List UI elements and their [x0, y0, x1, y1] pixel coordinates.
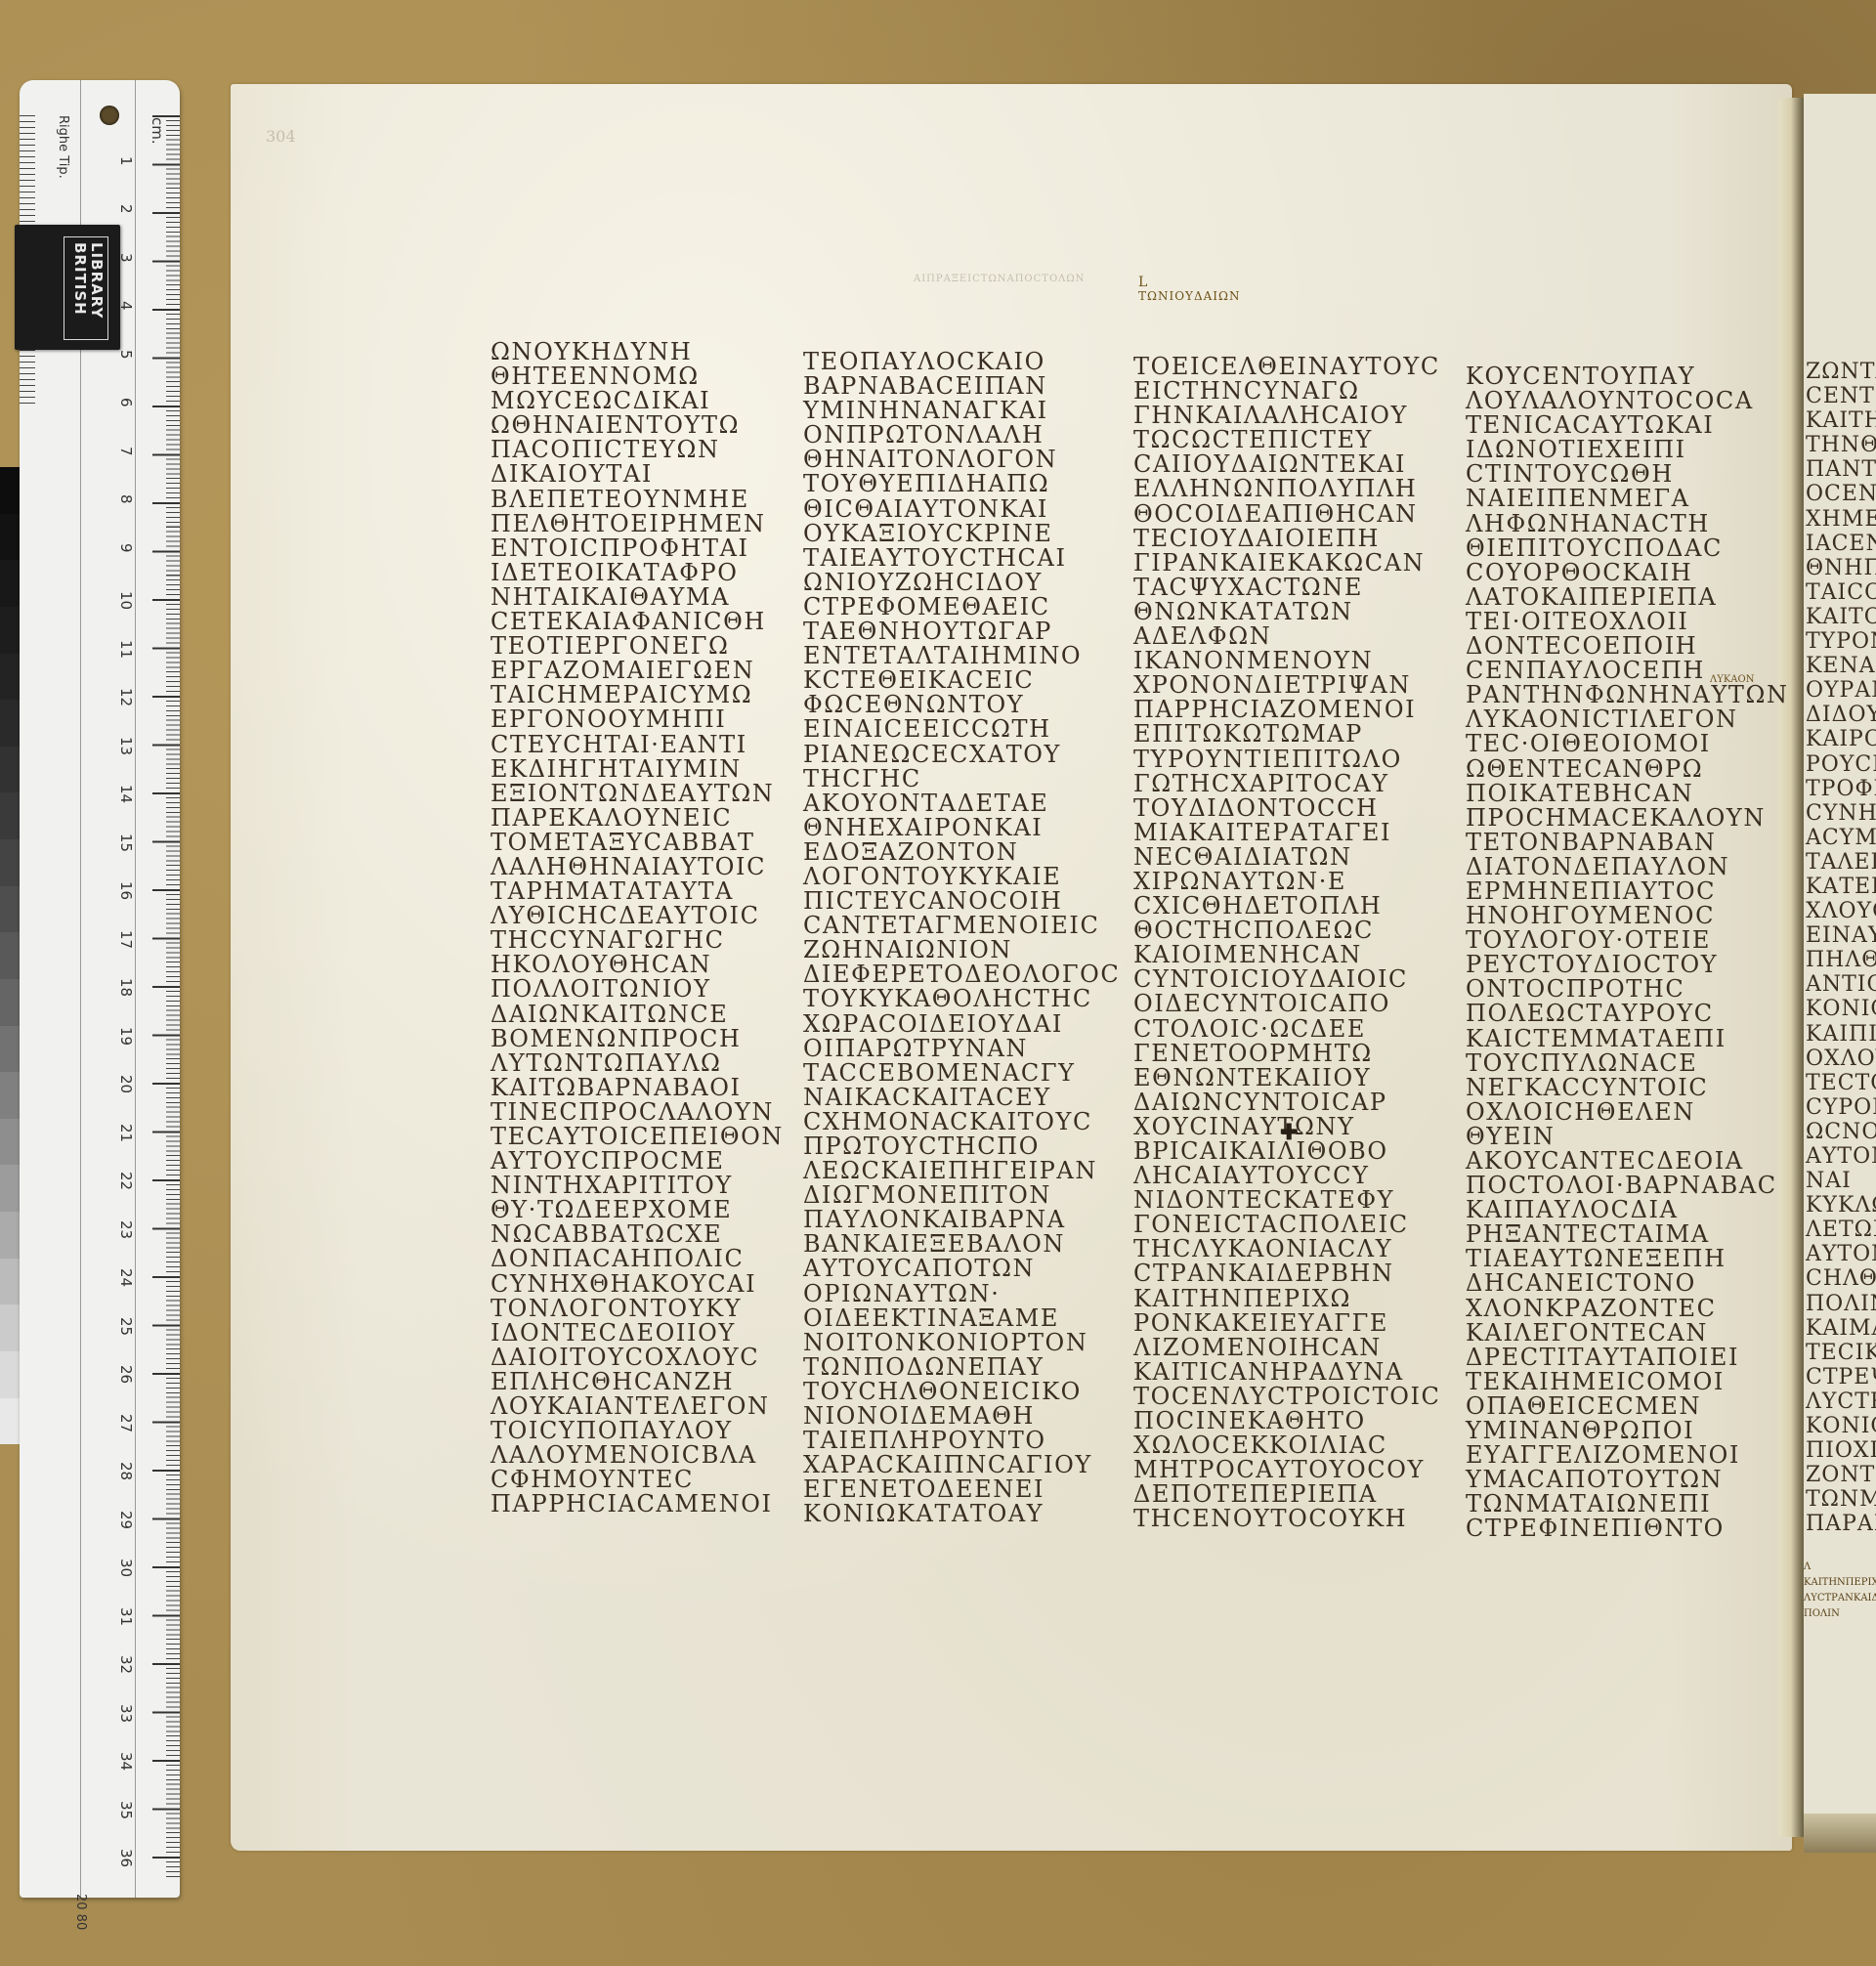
text-line: ΩΘΗΝΑΙΕΝΤΟΥΤΩ: [490, 413, 784, 438]
text-line: ΧΑΡΑCΚΑΙΠΝCΑΓΙΟΥ: [803, 1453, 1120, 1477]
adjacent-text-line: ΑΥΤΟΝΤ: [1806, 1144, 1876, 1169]
text-line: ΓΩΤΗCΧΑΡΙΤΟCΑΥ: [1133, 772, 1441, 796]
text-line: ΧΡΟΝΟΝΔΙΕΤΡΙΨΑΝ: [1133, 673, 1441, 698]
text-line: ΚΑΙΠΑΥΛΟCΔΙΑ: [1466, 1198, 1789, 1222]
text-line: ΩΘΕΝΤΕCΑΝΘΡΩ: [1466, 757, 1789, 782]
text-column-4: ΚΟΥCΕΝΤΟΥΠΑΥΛΟΥΛΑΛΟΥΝΤΟCΟCΑΤΕΝΙCΑCΑΥΤΩΚΑ…: [1466, 364, 1789, 1542]
text-line: CΑΝΤΕΤΑΓΜΕΝΟΙΕΙC: [803, 914, 1120, 938]
text-line: ΤΟΝΛΟΓΟΝΤΟΥΚΥ: [490, 1297, 784, 1321]
text-line: ΓΗΝΚΑΙΛΑΛΗCΑΙΟΥ: [1133, 404, 1441, 428]
text-line: ΤΕCΙΟΥΔΑΙΟΙΕΠΗ: [1133, 527, 1441, 551]
text-line: ΗΚΟΛΟΥΘΗCΑΝ: [490, 953, 784, 977]
text-line: ΤΟΥΔΙΔΟΝΤΟCCΗ: [1133, 796, 1441, 821]
text-line: ΤΟΜΕΤΑΞΥCΑΒΒΑΤ: [490, 831, 784, 855]
text-line: ΕΡΜΗΝΕΠΙΑΥΤΟC: [1466, 879, 1789, 904]
text-line: ΛΑΛΟΥΜΕΝΟΙCΒΛΑ: [490, 1443, 784, 1468]
text-line: ΤΟΥCΗΛΘΟΝΕΙCΙΚΟ: [803, 1380, 1120, 1404]
text-line: ΤΕΟΠΑΥΛΟCΚΑΙΟ: [803, 350, 1120, 374]
cm-mark-label: 10: [117, 591, 135, 610]
text-line: ΤΟΕΙCΕΛΘΕΙΝΑΥΤΟΥC: [1133, 355, 1441, 379]
text-line: ΟΡΙΩΝΑΥΤΩΝ·: [803, 1282, 1120, 1306]
text-line: ΤΕΟΤΙΕΡΓΟΝΕΓΩ: [490, 634, 784, 659]
text-line: ΟΝΤΟCΠΡΟΤΗC: [1466, 977, 1789, 1002]
text-line: ΥΜΙΝΗΝΑΝΑΓΚΑΙ: [803, 399, 1120, 423]
text-line: ΠΟΙΚΑΤΕΒΗCΑΝ: [1466, 782, 1789, 806]
text-line: ΤΙΝΕCΠΡΟCΛΑΛΟΥΝ: [490, 1100, 784, 1125]
adjacent-text-line: ΤΑΛΕΓΟ: [1806, 850, 1876, 875]
adjacent-text-line: ΟΧΛΟΥ: [1806, 1047, 1876, 1071]
cm-mark-label: 13: [117, 737, 135, 755]
text-line: ΕΝΤΟΙCΠΡΟΦΗΤΑΙ: [490, 536, 784, 561]
text-line: ΗΝΟΗΓΟΥΜΕΝΟC: [1466, 904, 1789, 928]
text-line: ΤΑΕΘΝΗΟΥΤΩΓΑΡ: [803, 620, 1120, 644]
text-line: ΛΗCΑΙΑΥΤΟΥCCΥ: [1133, 1164, 1441, 1188]
text-line: ΟΠΑΘΕΙCΕCΜΕΝ: [1466, 1394, 1789, 1419]
cm-mark-label: 6: [117, 398, 135, 407]
adjacent-text-line: ΤΑΙCΟΧ: [1806, 580, 1876, 605]
adjacent-text-line: ΚΑΙΠΙC: [1806, 1022, 1876, 1047]
text-line: ΜΩΥCΕΩCΔΙΚΑΙ: [490, 389, 784, 413]
margin-note-line: ΚΑΙΤΗΝΠΕΡΙΧΩΡΟΝ: [1804, 1575, 1876, 1591]
text-line: ΕΡΓΟΝΟΟΥΜΗΠΙ: [490, 707, 784, 732]
text-line: ΘΗΝΑΙΤΟΝΛΟΓΟΝ: [803, 448, 1120, 472]
text-line: ΠΟCΤΟΛΟΙ·ΒΑΡΝΑΒΑC: [1466, 1174, 1789, 1198]
text-line: ΑΥΤΟΥCΑΠΟΤΩΝ: [803, 1257, 1120, 1281]
text-line: CΦΗΜΟΥΝΤΕC: [490, 1468, 784, 1492]
text-line: ΠΕΛΘΗΤΟΕΙΡΗΜΕΝ: [490, 512, 784, 536]
adjacent-text-line: ΚΑΤΕΠ: [1806, 875, 1876, 899]
text-line: ΚΑΙΤΩΒΑΡΝΑΒΑΟΙ: [490, 1076, 784, 1100]
text-line: ΠΑΡΕΚΑΛΟΥΝΕΙC: [490, 806, 784, 831]
cm-mark-label: 25: [117, 1317, 135, 1336]
text-line: ΛΙΖΟΜΕΝΟΙΗCΑΝ: [1133, 1336, 1441, 1360]
text-line: ΝΟΙΤΟΝΚΟΝΙΟΡΤΟΝ: [803, 1331, 1120, 1355]
text-column-1: ΩΝΟΥΚΗΔΥΝΗΘΗΤΕΕΝΝΟΜΩΜΩΥCΕΩCΔΙΚΑΙΩΘΗΝΑΙΕΝ…: [490, 340, 784, 1517]
text-line: ΤΥΡΟΥΝΤΙΕΠΙΤΩΛΟ: [1133, 748, 1441, 772]
text-line: ΤΙΑΕΑΥΤΩΝΕΞΕΠΗ: [1466, 1247, 1789, 1271]
cm-unit-label: cm.: [149, 117, 166, 145]
text-line: CΤΡΕΦΟΜΕΘΑΕΙC: [803, 595, 1120, 620]
text-line: CΤΡΑΝΚΑΙΔΕΡΒΗΝ: [1133, 1261, 1441, 1286]
adjacent-text-line: CΗΛΘΕ: [1806, 1266, 1876, 1291]
text-line: ΜΗΤΡΟCΑΥΤΟΥΟCΟΥ: [1133, 1458, 1441, 1482]
text-line: ΘΥ·ΤΩΔΕΕΡΧΟΜΕ: [490, 1198, 784, 1222]
text-line: ΧΛΟΝΚΡΑΖΟΝΤΕC: [1466, 1297, 1789, 1321]
adjacent-text-line: ΑCΥΜΩ: [1806, 826, 1876, 850]
cm-mark-label: 11: [117, 640, 135, 659]
text-line: ΟΝΠΡΩΤΟΝΛΑΛΗ: [803, 423, 1120, 448]
adjacent-text-line: ΠΑΡΑΚΑ: [1806, 1512, 1876, 1536]
adjacent-text-line: ΕΙΝΑΥΤ: [1806, 923, 1876, 948]
text-line: ΠΙCΤΕΥCΑΝΟCΟΙΗ: [803, 889, 1120, 914]
text-line: ΕΔΟΞΑΖΟΝΤΟΝ: [803, 840, 1120, 865]
cm-mark-label: 9: [117, 543, 135, 553]
adjacent-text-line: ΝΑΙ: [1806, 1169, 1876, 1193]
text-line: ΕΠΛΗCΘΗCΑΝΖΗ: [490, 1370, 784, 1394]
text-line: CΧΙCΘΗΔΕΤΟΠΛΗ: [1133, 894, 1441, 919]
text-line: ΝΙΟΝΟΙΔΕΜΑΘΗ: [803, 1404, 1120, 1429]
text-line: ΧΩΛΟCΕΚΚΟΙΛΙΑC: [1133, 1433, 1441, 1458]
text-line: ΩΝΟΥΚΗΔΥΝΗ: [490, 340, 784, 364]
text-line: ΤΕC·ΟΙΘΕΟΙΟΜΟΙ: [1466, 732, 1789, 756]
text-line: ΤΑΡΗΜΑΤΑΤΑΥΤΑ: [490, 879, 784, 904]
text-line: ΕΡΓΑΖΟΜΑΙΕΓΩΕΝ: [490, 659, 784, 683]
text-line: CΤΟΛΟΙC·ΩCΔΕΕ: [1133, 1017, 1441, 1042]
cm-mark-label: 24: [117, 1268, 135, 1287]
adjacent-text-line: CΥΡΟΝΤ: [1806, 1095, 1876, 1120]
text-line: ΖΩΗΝΑΙΩΝΙΟΝ: [803, 938, 1120, 962]
quire-mark: L: [1138, 276, 1240, 289]
text-line: ΒΟΜΕΝΩΝΠΡΟCΗ: [490, 1027, 784, 1051]
cm-mark-label: 16: [117, 881, 135, 900]
text-line: ΕΛΛΗΝΩΝΠΟΛΥΠΛΗ: [1133, 477, 1441, 501]
text-line: ΔΙΩΓΜΟΝΕΠΙΤΟΝ: [803, 1183, 1120, 1208]
folio-number: 304: [266, 127, 296, 146]
cm-mark-label: 20: [117, 1075, 135, 1093]
text-line: CΟΥΟΡΘΟCΚΑΙΗ: [1466, 561, 1789, 585]
text-line: ΠΑΥΛΟΝΚΑΙΒΑΡΝΑ: [803, 1208, 1120, 1232]
text-line: ΟΧΛΟΙCΗΘΕΛΕΝ: [1466, 1100, 1789, 1125]
text-line: ΤΩΝΠΟΔΩΝΕΠΑΥ: [803, 1355, 1120, 1380]
text-line: ΔΑΙΩΝΚΑΙΤΩΝCΕ: [490, 1003, 784, 1027]
cm-mark-label: 8: [117, 494, 135, 504]
text-line: ΔΡΕCΤΙΤΑΥΤΑΠΟΙΕΙ: [1466, 1346, 1789, 1370]
adjacent-text-line: ΚΟΝΙΟ: [1806, 997, 1876, 1021]
text-line: ΤΩCΩCΤΕΠΙCΤΕΥ: [1133, 428, 1441, 452]
text-line: ΛΕΩCΚΑΙΕΠΗΓΕΙΡΑΝ: [803, 1159, 1120, 1183]
adjacent-text-line: ΤΥΡΟΝ: [1806, 629, 1876, 654]
text-line: ΒΑΝΚΑΙΕΞΕΒΑΛΟΝ: [803, 1232, 1120, 1257]
cm-mark-label: 14: [117, 785, 135, 803]
adjacent-text-line: ΟCΕΝΤ: [1806, 482, 1876, 506]
text-line: ΓΙΡΑΝΚΑΙΕΚΑΚΩCΑΝ: [1133, 551, 1441, 576]
cm-mark-label: 7: [117, 447, 135, 456]
cm-mark-label: 35: [117, 1801, 135, 1819]
text-line: ΤΕCΑΥΤΟΙCΕΠΕΙΘΟΝ: [490, 1125, 784, 1149]
text-line: ΟΙΔΕCΥΝΤΟΙCΑΠΟ: [1133, 992, 1441, 1016]
cm-mark-label: 29: [117, 1511, 135, 1529]
adjacent-text-line: ΠΙΟΧΙΑ: [1806, 1438, 1876, 1463]
text-line: ΩΝΙΟΥΖΩΗCΙΔΟΥ: [803, 571, 1120, 595]
text-line: ΝΑΙΚΑCΚΑΙΤΑCΕΥ: [803, 1086, 1120, 1110]
text-line: ΤΕΤΟΝΒΑΡΝΑΒΑΝ: [1466, 831, 1789, 855]
adjacent-text-line: ΤΕCΤΟΝ: [1806, 1071, 1876, 1095]
text-line: ΤΟΥΛΟΓΟΥ·ΟΤΕΙΕ: [1466, 928, 1789, 953]
text-line: ΤΩΝΜΑΤΑΙΩΝΕΠΙ: [1466, 1492, 1789, 1517]
text-line: ΙΔΩΝΟΤΙΕΧΕΙΠΙ: [1466, 438, 1789, 462]
text-line: ΚΑΙCΤΕΜΜΑΤΑΕΠΙ: [1466, 1027, 1789, 1051]
cm-mark-label: 15: [117, 833, 135, 852]
text-line: ΚΟΥCΕΝΤΟΥΠΑΥ: [1466, 364, 1789, 389]
cm-mark-label: 31: [117, 1607, 135, 1626]
adjacent-text-line: ΚΑΙΤΟ: [1806, 605, 1876, 629]
text-line: ΕΙΝΑΙCΕΕΙCCΩΤΗ: [803, 717, 1120, 742]
text-line: ΤΗCΕΝΟΥΤΟCΟΥΚΗ: [1133, 1507, 1441, 1531]
text-line: ΒΛΕΠΕΤΕΟΥΝΜΗΕ: [490, 488, 784, 512]
binding-edge: [1804, 1814, 1876, 1853]
adjacent-text-line: ΚΑΙΡΟΥ: [1806, 727, 1876, 751]
text-column-3: ΤΟΕΙCΕΛΘΕΙΝΑΥΤΟΥCΕΙCΤΗΝCΥΝΑΓΩΓΗΝΚΑΙΛΑΛΗC…: [1133, 355, 1441, 1532]
text-line: ΔΟΝΤΕCΟΕΠΟΙΗ: [1466, 634, 1789, 659]
text-line: ΚΟΝΙΩΚΑΤΑΤΟΑΥ: [803, 1502, 1120, 1526]
cm-mark-label: 21: [117, 1124, 135, 1142]
text-line: CΕΤΕΚΑΙΑΦΑΝΙCΘΗ: [490, 610, 784, 634]
adjacent-text-line: ΤΗΝΘΑ: [1806, 433, 1876, 457]
british-library-badge: LIBRARY BRITISH: [15, 225, 120, 350]
cm-mark-label: 12: [117, 688, 135, 706]
cm-mark-label: 22: [117, 1172, 135, 1190]
text-line: ΥΜΙΝΑΝΘΡΩΠΟΙ: [1466, 1419, 1789, 1443]
text-line: ΠΟΛΕΩCΤΑΥΡΟΥC: [1466, 1002, 1789, 1026]
text-line: ΤΑΙΕΠΛΗΡΟΥΝΤΟ: [803, 1429, 1120, 1453]
cm-mark-label: 33: [117, 1704, 135, 1723]
text-line: ΠΟΛΛΟΙΤΩΝΙΟΥ: [490, 977, 784, 1002]
adjacent-text-line: ΠΗΛΘΟ: [1806, 948, 1876, 972]
text-line: ΘΙΕΠΙΤΟΥCΠΟΔΑC: [1466, 536, 1789, 561]
adjacent-text-line: ΡΟΥCΕΝ: [1806, 752, 1876, 777]
text-line: ΝΑΙΕΙΠΕΝΜΕΓΑ: [1466, 487, 1789, 511]
cm-mark-label: 2: [117, 204, 135, 214]
text-line: ΧΩΡΑCΟΙΔΕΙΟΥΔΑΙ: [803, 1012, 1120, 1037]
text-line: ΚΑΙΤΗΝΠΕΡΙΧΩ: [1133, 1287, 1441, 1311]
cm-mark-label: 34: [117, 1752, 135, 1771]
adjacent-text-line: ΩCΝΟΙ: [1806, 1120, 1876, 1144]
text-line: ΤΗCCΥΝΑΓΩΓΗC: [490, 928, 784, 953]
text-line: ΤΟΥCΠΥΛΩΝΑCΕ: [1466, 1051, 1789, 1076]
measurement-ruler: cm. Righe Tip. 20 80 1234567891011121314…: [20, 80, 180, 1898]
text-line: ΤΑΙCΗΜΕΡΑΙCΥΜΩ: [490, 683, 784, 707]
cm-mark-label: 17: [117, 930, 135, 949]
ruler-divider: [80, 80, 81, 1898]
margin-note-line: ΠΟΛΙΝ: [1804, 1606, 1876, 1622]
text-line: ΔΕΠΟΤΕΠΕΡΙΕΠΑ: [1133, 1482, 1441, 1507]
cm-mark-label: 19: [117, 1027, 135, 1046]
badge-line-library: LIBRARY: [88, 242, 105, 340]
text-line: CΧΗΜΟΝΑCΚΑΙΤΟΥC: [803, 1110, 1120, 1134]
running-title-text: ΤΩΝΙΟΥΔΑΙΩΝ: [1138, 289, 1240, 303]
cross-mark-icon: ✚: [1280, 1120, 1298, 1145]
text-line: ΘΟCΤΗCΠΟΛΕΩC: [1133, 919, 1441, 943]
text-line: ΤΕΚΑΙΗΜΕΙCΟΜΟΙ: [1466, 1370, 1789, 1394]
text-line: ΠΑΡΡΗCΙΑCΑΜΕΝΟΙ: [490, 1492, 784, 1517]
text-line: ΚCΤΕΘΕΙΚΑCΕΙC: [803, 668, 1120, 693]
text-line: ΤΟΙCΥΠΟΠΑΥΛΟΥ: [490, 1419, 784, 1443]
text-line: ΝΙΝΤΗΧΑΡΙΤΙΤΟΥ: [490, 1174, 784, 1198]
text-line: ΘΟCΟΙΔΕΑΠΙΘΗCΑΝ: [1133, 502, 1441, 527]
adjacent-text-line: ΚΕΝΑΙ: [1806, 654, 1876, 678]
adjacent-text-line: ΚΟΝΙΟ: [1806, 1414, 1876, 1438]
text-line: ΔΙΑΤΟΝΔΕΠΑΥΛΟΝ: [1466, 855, 1789, 879]
cm-mark-label: 30: [117, 1559, 135, 1577]
adjacent-text-line: ΤΩΝΜΑ: [1806, 1487, 1876, 1512]
text-line: ΛΟΥΛΑΛΟΥΝΤΟCΟCΑ: [1466, 389, 1789, 413]
text-line: ΝΕCΘΑΙΔΙΑΤΩΝ: [1133, 845, 1441, 870]
adjacent-text-line: ΔΙΔΟΥ: [1806, 703, 1876, 727]
text-line: ΝΙΔΟΝΤΕCΚΑΤΕΦΥ: [1133, 1188, 1441, 1213]
cm-mark-label: 1: [117, 156, 135, 166]
text-line: ΛΗΦΩΝΗΑΝΑCΤΗ: [1466, 512, 1789, 536]
cm-mark-label: 36: [117, 1849, 135, 1867]
text-line: ΘΙCΘΑΙΑΥΤΟΝΚΑΙ: [803, 497, 1120, 522]
adjacent-text-line: ΛΕΤΩΝ: [1806, 1218, 1876, 1242]
text-line: ΚΑΙΟΙΜΕΝΗCΑΝ: [1133, 943, 1441, 967]
text-line: ΘΗΤΕΕΝΝΟΜΩ: [490, 364, 784, 389]
inline-margin-note: ΛΥΚΑΟΝ: [1710, 674, 1754, 685]
adjacent-text-line: ΚΑΙΜΑΘ: [1806, 1316, 1876, 1341]
text-line: ΟΙΔΕΕΚΤΙΝΑΞΑΜΕ: [803, 1306, 1120, 1331]
text-line: ΔΙΕΦΕΡΕΤΟΔΕΟΛΟΓΟC: [803, 962, 1120, 987]
adjacent-text-line: ΤΡΟΦΗ: [1806, 777, 1876, 801]
text-line: CΥΝΗΧΘΗΑΚΟΥCΑΙ: [490, 1272, 784, 1297]
text-line: ΡΗΞΑΝΤΕCΤΑΙΜΑ: [1466, 1222, 1789, 1247]
text-line: ΘΝΗΕΧΑΙΡΟΝΚΑΙ: [803, 816, 1120, 840]
adjacent-text-line: ΙΑCΕΝΙ: [1806, 532, 1876, 556]
running-title: L ΤΩΝΙΟΥΔΑΙΩΝ: [1138, 276, 1240, 303]
text-line: ΚΑΙΤΙCΑΝΗΡΑΔΥΝΑ: [1133, 1360, 1441, 1385]
text-line: ΟΙΠΑΡΩΤΡΥΝΑΝ: [803, 1037, 1120, 1061]
text-line: ΠΡΟCΗΜΑCΕΚΑΛΟΥΝ: [1466, 806, 1789, 831]
text-line: ΤΕΝΙCΑCΑΥΤΩΚΑΙ: [1466, 413, 1789, 438]
adjacent-text-line: ΑΥΤΟΝΑ: [1806, 1242, 1876, 1266]
text-line: ΤΑCΨΥΧΑCΤΩΝΕ: [1133, 576, 1441, 600]
margin-note-line: Λ: [1804, 1560, 1876, 1575]
text-line: ΜΙΑΚΑΙΤΕΡΑΤΑΓΕΙ: [1133, 821, 1441, 845]
bottom-margin-note: ΛΚΑΙΤΗΝΠΕΡΙΧΩΡΟΝΛΥCΤΡΑΝΚΑΙΔΕΡΒΗΝΠΟΛΙΝ: [1804, 1560, 1876, 1622]
text-line: ΙΔΕΤΕΟΙΚΑΤΑΦΡΟ: [490, 561, 784, 585]
text-line: ΝΗΤΑΙΚΑΙΘΑΥΜΑ: [490, 585, 784, 610]
text-line: ΘΥΕΙΝ: [1466, 1125, 1789, 1149]
cm-mark-label: 32: [117, 1655, 135, 1674]
text-line: ΛΑΤΟΚΑΙΠΕΡΙΕΠΑ: [1466, 585, 1789, 610]
text-line: ΡΑΝΤΗΝΦΩΝΗΝΑΥΤΩΝ: [1466, 683, 1789, 707]
badge-line-british: BRITISH: [71, 242, 88, 340]
adjacent-text-line: CΥΝΗC: [1806, 801, 1876, 826]
text-line: ΕΠΙΤΩΚΩΤΩΜΑΡ: [1133, 722, 1441, 747]
text-line: ΑΚΟΥΟΝΤΑΔΕΤΑΕ: [803, 791, 1120, 816]
text-line: ΔΟΝΠΑCΑΗΠΟΛΙC: [490, 1247, 784, 1271]
text-line: ΤΟCΕΝΛΥCΤΡΟΙCΤΟΙC: [1133, 1385, 1441, 1409]
cm-mark-label: 26: [117, 1365, 135, 1384]
text-line: ΤΕΙ·ΟΙΤΕΟΧΛΟΙΙ: [1466, 610, 1789, 634]
text-line: ΑΚΟΥCΑΝΤΕCΔΕΟΙΑ: [1466, 1149, 1789, 1174]
adjacent-text-line: ΑΝΤΙΟ: [1806, 972, 1876, 997]
cm-major-ticks: [137, 115, 180, 1878]
text-line: ΡΙΑΝΕΩCΕCΧΑΤΟΥ: [803, 743, 1120, 767]
adjacent-text-line: CΤΡΕΨΑ: [1806, 1365, 1876, 1389]
cm-mark-label: 28: [117, 1462, 135, 1480]
adjacent-text-line: ΧΗΜΕΝ: [1806, 507, 1876, 532]
cm-mark-label: 27: [117, 1414, 135, 1432]
text-line: ΤΑCCΕΒΟΜΕΝΑCΓΥ: [803, 1061, 1120, 1086]
adjacent-text-line: ΚΥΚΛΩ: [1806, 1193, 1876, 1218]
text-line: ΙΔΟΝΤΕCΔΕΟΙΙΟΥ: [490, 1321, 784, 1346]
adjacent-text-line: ΛΥCΤΡΑ: [1806, 1389, 1876, 1414]
text-line: ΛΟΥΚΑΙΑΝΤΕΛΕΓΟΝ: [490, 1394, 784, 1419]
cm-mark-label: 18: [117, 978, 135, 997]
text-line: ΟΥΚΑΞΙΟΥCΚΡΙΝΕ: [803, 522, 1120, 546]
text-line: ΛΥΤΩΝΤΩΠΑΥΛΩ: [490, 1051, 784, 1076]
text-line: CΤΙΝΤΟΥCΩΘΗ: [1466, 462, 1789, 487]
text-line: ΛΥΘΙCΗCΔΕΑΥΤΟΙC: [490, 904, 784, 928]
text-line: ΛΟΓΟΝΤΟΥΚΥΚΑΙΕ: [803, 865, 1120, 889]
adjacent-text-line: ΖΩΝΤΑ: [1806, 360, 1876, 384]
text-line: ΡΕΥCΤΟΥΔΙΟCΤΟΥ: [1466, 953, 1789, 977]
text-line: ΠΑΡΡΗCΙΑΖΟΜΕΝΟΙ: [1133, 698, 1441, 722]
text-line: ΕΚΔΙΗΓΗΤΑΙΥΜΙΝ: [490, 757, 784, 782]
text-line: CΤΕΥCΗΤΑΙ·ΕΑΝΤΙ: [490, 733, 784, 757]
badge-text: LIBRARY BRITISH: [71, 242, 105, 340]
adjacent-text-line: ΤΕCΙΚΑ: [1806, 1341, 1876, 1365]
text-line: ΠΟCΙΝΕΚΑΘΗΤΟ: [1133, 1409, 1441, 1433]
text-line: ΦΩCΕΘΝΩΝΤΟΥ: [803, 693, 1120, 717]
text-line: ΔΑΙΩΝCΥΝΤΟΙCΑΡ: [1133, 1090, 1441, 1115]
ruler-hanging-hole: [100, 106, 119, 125]
text-line: ΝΩCΑΒΒΑΤΩCΧΕ: [490, 1222, 784, 1247]
text-line: ΕΝΤΕΤΑΛΤΑΙΗΜΙΝΟ: [803, 644, 1120, 668]
text-line: CΥΝΤΟΙCΙΟΥΔΑΙΟΙC: [1133, 967, 1441, 992]
text-line: ΙΚΑΝΟΝΜΕΝΟΥΝ: [1133, 649, 1441, 673]
text-line: CΤΡΕΦΙΝΕΠΙΘΝΤΟ: [1466, 1517, 1789, 1541]
adjacent-text-line: ΟΥΡΑΝ: [1806, 678, 1876, 703]
text-line: ΤΗCΛΥΚΑΟΝΙΑCΛΥ: [1133, 1237, 1441, 1261]
text-line: ΚΑΙΛΕΓΟΝΤΕCΑΝ: [1466, 1321, 1789, 1346]
adjacent-text-line: ΚΑΙΤΗ: [1806, 408, 1876, 433]
ruler-bottom-marks: 20 80: [73, 1894, 88, 1930]
adjacent-text-line: ΘΝΗΠ: [1806, 556, 1876, 580]
text-line: ΡΟΝΚΑΚΕΙΕΥΑΓΓΕ: [1133, 1311, 1441, 1336]
adjacent-text-line: ΠΑΝΤΑ: [1806, 457, 1876, 482]
text-line: ΤΟΥΘΥΕΠΙΔΗΑΠΩ: [803, 472, 1120, 496]
text-line: ΛΑΛΗΘΗΝΑΙΑΥΤΟΙC: [490, 855, 784, 879]
text-line: ΤΑΙΕΑΥΤΟΥCΤΗCΑΙ: [803, 546, 1120, 571]
text-line: ΔΙΚΑΙΟΥΤΑΙ: [490, 462, 784, 487]
text-line: ΕΥΑΓΓΕΛΙΖΟΜΕΝΟΙ: [1466, 1443, 1789, 1468]
text-line: ΔΑΙΟΙΤΟΥCΟΧΛΟΥC: [490, 1346, 784, 1370]
text-line: ΕΘΝΩΝΤΕΚΑΙΙΟΥ: [1133, 1066, 1441, 1090]
ruler-divider: [135, 80, 136, 1898]
adjacent-text-line: ΖΟΝΤΕC: [1806, 1463, 1876, 1487]
text-line: ΝΕΓΚΑCCΥΝΤΟΙC: [1466, 1076, 1789, 1100]
text-line: CΑΙΙΟΥΔΑΙΩΝΤΕΚΑΙ: [1133, 452, 1441, 477]
text-line: ΠΡΩΤΟΥCΤΗCΠΟ: [803, 1134, 1120, 1159]
text-line: ΤΟΥΚΥΚΑΘΟΛΗCΤΗC: [803, 987, 1120, 1011]
adjacent-text-line: CΕΝΤΟ: [1806, 384, 1876, 408]
adjacent-text-line: ΧΛΟΥC: [1806, 899, 1876, 923]
text-line: ΒΑΡΝΑΒΑCΕΙΠΑΝ: [803, 374, 1120, 399]
text-line: ΥΜΑCΑΠΟΤΟΥΤΩΝ: [1466, 1468, 1789, 1492]
cm-mark-label: 5: [117, 350, 135, 360]
text-line: ΠΑCΟΠΙCΤΕΥΩΝ: [490, 438, 784, 462]
text-line: ΤΗCΓΗC: [803, 767, 1120, 791]
cm-mark-label: 23: [117, 1220, 135, 1239]
text-line: ΑΥΤΟΥCΠΡΟCΜΕ: [490, 1149, 784, 1174]
text-line: ΕΓΕΝΕΤΟΔΕΕΝΕΙ: [803, 1477, 1120, 1502]
text-column-2: ΤΕΟΠΑΥΛΟCΚΑΙΟΒΑΡΝΑΒΑCΕΙΠΑΝΥΜΙΝΗΝΑΝΑΓΚΑΙΟ…: [803, 350, 1120, 1527]
text-line: ΧΙΡΩΝΑΥΤΩΝ·Ε: [1133, 870, 1441, 894]
text-line: ΓΕΝΕΤΟΟΡΜΗΤΩ: [1133, 1042, 1441, 1066]
text-line: ΔΗCΑΝΕΙCΤΟΝΟ: [1466, 1271, 1789, 1296]
offset-running-title: ΑΙΠΡΑΞΕΙCΤΩΝΑΠΟCΤΟΛΩΝ: [914, 274, 1085, 284]
text-line: ΘΝΩΝΚΑΤΑΤΩΝ: [1133, 600, 1441, 624]
text-line: ΕΞΙΟΝΤΩΝΔΕΑΥΤΩΝ: [490, 782, 784, 806]
margin-note-line: ΛΥCΤΡΑΝΚΑΙΔΕΡΒΗΝ: [1804, 1591, 1876, 1606]
adjacent-text-line: ΠΟΛΙΝ: [1806, 1292, 1876, 1316]
text-line: ΓΟΝΕΙCΤΑCΠΟΛΕΙC: [1133, 1213, 1441, 1237]
righe-tip-label: Righe Tip.: [56, 115, 70, 179]
text-line: ΛΥΚΑΟΝΙCΤΙΛΕΓΟΝ: [1466, 707, 1789, 732]
text-line: ΕΙCΤΗΝCΥΝΑΓΩ: [1133, 379, 1441, 404]
text-line: ΑΔΕΛΦΩΝ: [1133, 624, 1441, 649]
